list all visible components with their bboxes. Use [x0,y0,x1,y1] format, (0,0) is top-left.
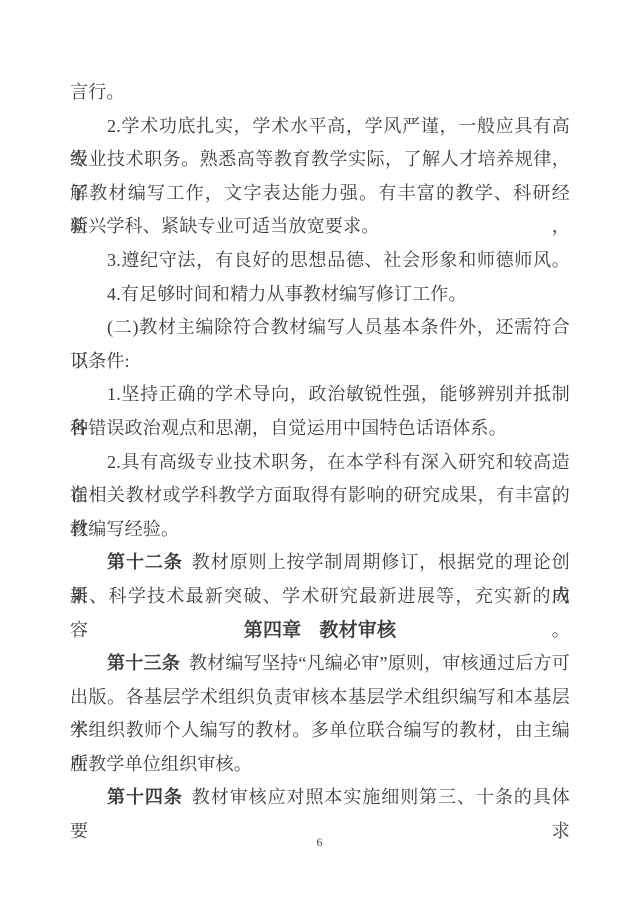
doc-line: 果、科学技术最新突破、学术研究最新进展等，充实新的内容。 [70,580,570,614]
doc-line: 言行。 [70,76,570,110]
doc-line: 4.有足够时间和精力从事教材编写修订工作。 [70,278,570,312]
doc-line: 下条件: [70,345,570,379]
article-number: 第十二条 [107,552,183,572]
doc-line: 解教材编写工作，文字表达能力强。有丰富的教学、科研经验， [70,177,570,211]
doc-line: 专业技术职务。熟悉高等教育教学实际，了解人才培养规律，了 [70,143,570,177]
document-body: 言行。 2.学术功底扎实，学术水平高，学风严谨，一般应具有高级 专业技术职务。熟… [70,76,570,815]
doc-line: 出版。各基层学术组织负责审核本基层学术组织编写和本基层学 [70,681,570,715]
doc-line: 在教学单位组织审核。 [70,748,570,782]
doc-line: 2.学术功底扎实，学术水平高，学风严谨，一般应具有高级 [70,110,570,144]
document-page: 言行。 2.学术功底扎实，学术水平高，学风严谨，一般应具有高级 专业技术职务。熟… [0,0,639,904]
doc-line: 材编写经验。 [70,513,570,547]
doc-line: 术组织教师个人编写的教材。多单位联合编写的教材，由主编所 [70,714,570,748]
article-number: 第十三条 [107,653,180,673]
doc-line: 在相关教材或学科教学方面取得有影响的研究成果，有丰富的教 [70,479,570,513]
doc-line-article: 第十二条教材原则上按学制周期修订，根据党的理论创新成 [70,546,570,580]
chapter-title: 教材审核 [319,620,396,641]
doc-line: 2.具有高级专业技术职务，在本学科有深入研究和较高造诣， [70,446,570,480]
article-text: 教材编写坚持“凡编必审”原则，审核通过后方可 [189,653,570,673]
doc-line: 1.坚持正确的学术导向，政治敏锐性强，能够辨别并抵制各 [70,378,570,412]
doc-line-article: 第十四条教材审核应对照本实施细则第三、十条的具体要求 [70,781,570,815]
article-number: 第十四条 [107,787,183,807]
page-number: 6 [0,835,639,850]
doc-line: 种错误政治观点和思潮，自觉运用中国特色话语体系。 [70,412,570,446]
doc-line: 3.遵纪守法，有良好的思想品德、社会形象和师德师风。 [70,244,570,278]
doc-line: (二)教材主编除符合教材编写人员基本条件外，还需符合以 [70,311,570,345]
chapter-number: 第四章 [244,620,302,641]
doc-line-article: 第十三条教材编写坚持“凡编必审”原则，审核通过后方可 [70,647,570,681]
